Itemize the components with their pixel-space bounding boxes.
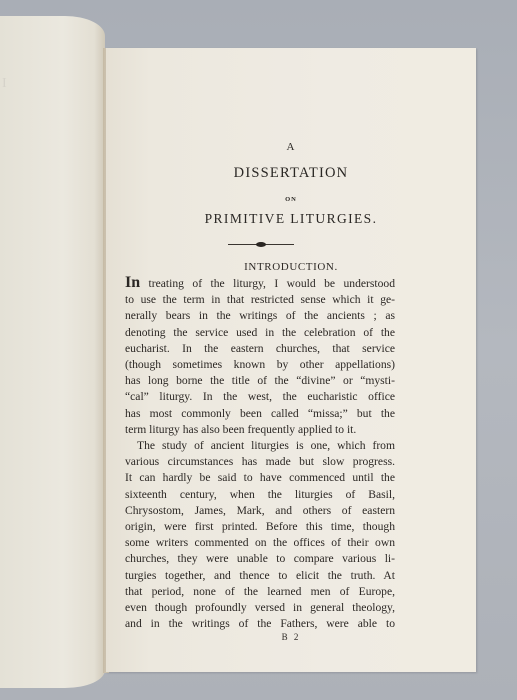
text-line: The study of ancient liturgies is one, w… [125,438,395,454]
text-line: various circumstances has made but slow … [125,454,395,470]
right-page: A DISSERTATION ON PRIMITIVE LITURGIES. I… [106,48,476,672]
title-connector: ON [106,196,476,203]
text-line: has most commonly been called “missa;” b… [125,406,395,422]
text-line: It can hardly be said to have commenced … [125,470,395,486]
left-page-bleed-text: I [2,76,7,92]
text-line: Chrysostom, James, Mark, and others of e… [125,503,395,519]
text-line: denoting the service used in the celebra… [125,325,395,341]
left-page: I [0,16,105,688]
text-line: In treating of the liturgy, I would be u… [125,275,395,292]
text-line: (though sometimes known by other appella… [125,357,395,373]
drop-cap: In [125,275,140,291]
text-line: that period, none of the learned men of … [125,584,395,600]
text-line: churches, they were unable to compare va… [125,551,395,567]
text-line: sixteenth century, when the liturgies of… [125,487,395,503]
text-line: some writers commented on the offices of… [125,535,395,551]
text-line: “cal” liturgy. In the west, the eucharis… [125,389,395,405]
text-line: nerally bears in the writings of the anc… [125,308,395,324]
ornamental-rule-center [256,242,266,247]
body-text: In treating of the liturgy, I would be u… [125,275,395,632]
title-article: A [106,141,476,153]
signature-mark: B 2 [106,632,476,642]
text-line: even though profoundly versed in general… [125,600,395,616]
text-line: turgies together, and thence to elicit t… [125,568,395,584]
text-line: and in the writings of the Fathers, were… [125,616,395,632]
section-heading: INTRODUCTION. [106,261,476,273]
text-line: term liturgy has also been frequently ap… [125,422,395,438]
text-line: origin, were first printed. Before this … [125,519,395,535]
text-line: to use the term in that restricted sense… [125,292,395,308]
text-line: has long borne the title of the “divine”… [125,373,395,389]
text-line: eucharist. In the eastern churches, that… [125,341,395,357]
title-subject: PRIMITIVE LITURGIES. [106,211,476,227]
title-main: DISSERTATION [106,165,476,182]
